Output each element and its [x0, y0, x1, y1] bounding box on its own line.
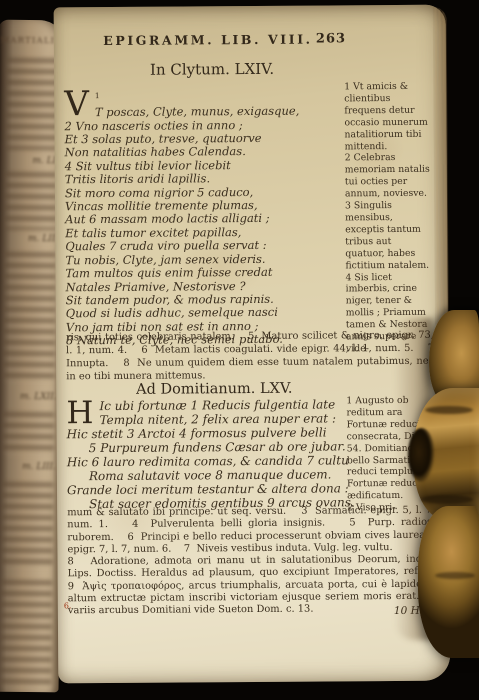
poem-lines: Hic stetit 3 Arctoi 4 formosus pulvere b… — [67, 425, 356, 511]
blurred-text-lines — [5, 172, 57, 231]
blurred-text-lines — [1, 580, 53, 689]
page-fore-edge — [433, 7, 449, 325]
running-header: EPIGRAMM. LIB. VIII. 263 — [70, 31, 346, 48]
margin-note: 3 Singulis mensibus, exceptis tantum tri… — [345, 200, 433, 272]
note-reference: 1 — [95, 91, 100, 100]
blurred-text-lines — [6, 58, 58, 151]
drop-cap-h: H — [66, 399, 99, 426]
margin-note: 1 Vt amicis & clientibus frequens detur … — [344, 81, 432, 153]
facing-epigram-number: m. LXII. — [20, 392, 57, 402]
stray-red-mark: 6. — [64, 601, 72, 610]
thumb — [405, 310, 479, 658]
poem-lines: Et 3 solas puto, tresve, quatuorveNon na… — [65, 131, 354, 348]
epigram-64-title: In Clytum. LXIV. — [62, 59, 362, 79]
epigram-65-text: H Ic ubi fortunæ 1 Reducis fulgentia lat… — [66, 397, 355, 511]
margin-note: 2 Celebras memoriam natalis tui octies p… — [345, 152, 433, 200]
thumb-crease — [425, 406, 473, 414]
book-photo-scene: MARTIALIS m. LI. m. LII. m. LXII. m. LII… — [0, 0, 479, 700]
footnotes-65: mum & salutato ibi principe. ut seq. ver… — [67, 505, 436, 618]
running-title: EPIGRAMM. LIB. VIII. — [103, 32, 313, 48]
footnotes-64: ris, qui toties celebraris natalem. 5 Ma… — [66, 329, 434, 384]
book-page: EPIGRAMM. LIB. VIII. 263 In Clytum. LXIV… — [54, 5, 451, 684]
facing-epigram-number: m. LII. — [28, 234, 58, 244]
poem-line: 2 Vno nasceris octies in anno ; — [64, 118, 352, 133]
thumb-crease — [435, 572, 475, 579]
blurred-text-lines — [4, 252, 56, 383]
epigram-64-text: 1V T poscas, Clyte, munus, exigasque, 2 … — [64, 87, 354, 348]
drop-cap-v: V — [64, 89, 95, 117]
blurred-text-lines — [2, 482, 54, 569]
thumb-lower — [418, 506, 479, 658]
facing-epigram-number: m. LIII. — [22, 462, 56, 472]
poem-line: Templa nitent, 2 felix area nuper erat : — [66, 411, 354, 427]
thumb-crease — [421, 495, 473, 504]
thumb-tip-shadow — [408, 428, 435, 482]
page-number: 263 — [316, 31, 346, 46]
epigram-65-title: Ad Domitianum. LXV. — [64, 380, 364, 398]
blurred-text-lines — [3, 412, 54, 457]
